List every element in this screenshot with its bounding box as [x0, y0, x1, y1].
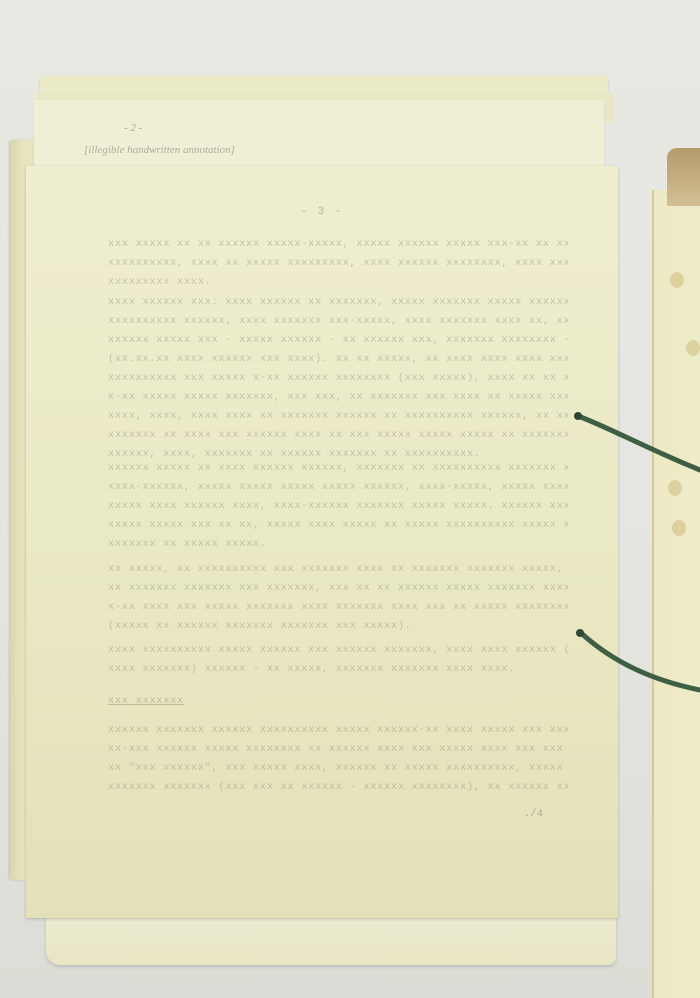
text-line: (xxxxx xx xxxxxx xxxxxxx xxxxxxx xxx xxx… — [108, 617, 568, 636]
text-line: xxxx, xxxx, xxxx xxxx xx xxxxxxx xxxxxx … — [108, 407, 568, 426]
section-heading: xxx xxxxxxx — [108, 695, 184, 707]
continuation-marker: ./4 — [524, 808, 543, 820]
handwritten-annotation: [illegible handwritten annotation] — [84, 144, 235, 156]
paragraph: xxxxxx xxxxx xx xxxx xxxxxx xxxxxx, xxxx… — [108, 459, 568, 554]
text-line: xxxxxx xxxxx xxx - xxxxx xxxxxx - xx xxx… — [108, 331, 568, 350]
paragraph: xxxx xxxxxxxxxx xxxxx xxxxxx xxx xxxxxx … — [108, 641, 568, 679]
text-line: xx "xxx xxxxxx", xxx xxxxx xxxx, xxxxxx … — [108, 759, 568, 778]
text-line: xxxxxxx xx xxxxx xxxxx. — [108, 535, 568, 554]
text-line: xxxxxxx xx xxxx xxx xxxxxx xxxx xx xxx x… — [108, 426, 568, 445]
text-line: xxxxxxx xxxxxxx (xxx xxx xx xxxxxx - xxx… — [108, 778, 568, 797]
typed-page: - 3 - xxx xxxxx xx xx xxxxxx xxxxx-xxxxx… — [26, 166, 618, 918]
text-line: xxxx xxxxxxxxxx xxxxx xxxxxx xxx xxxxxx … — [108, 641, 568, 660]
text-line: xxx xxxxx xx xx xxxxxx xxxxx-xxxxx, xxxx… — [108, 235, 568, 254]
underlying-sheet — [46, 915, 616, 965]
text-line: xxxxxxxxxx, xxxx xx xxxxx xxxxxxxxx, xxx… — [108, 254, 568, 273]
text-line: xxxx xxxxxxx) xxxxxx - xx xxxxx, xxxxxxx… — [108, 660, 568, 679]
adjacent-document — [652, 190, 700, 998]
text-line: xxxxxx xxxxxxx xxxxxx xxxxxxxxxx xxxxx x… — [108, 721, 568, 740]
text-line: xxxx xxxxxx xxx: xxxx xxxxxx xx xxxxxxx,… — [108, 293, 568, 312]
paragraph: xxxx xxxxxx xxx: xxxx xxxxxx xx xxxxxxx,… — [108, 293, 568, 464]
text-line: xxxxx xxxx xxxxxx xxxx, xxxx-xxxxxx xxxx… — [108, 497, 568, 516]
text-line: xxxxxxxxxx xxx xxxxx x-xx xxxxxx xxxxxxx… — [108, 369, 568, 388]
carbon-header: - 2 - — [124, 122, 142, 134]
text-line: xx-xxx xxxxxx xxxxx xxxxxxxx xx xxxxxx x… — [108, 740, 568, 759]
paragraph: xxx xxxxx xx xx xxxxxx xxxxx-xxxxx, xxxx… — [108, 235, 568, 292]
text-line: xx xxxxx, xx xxxxxxxxxx xxx xxxxxxx xxxx… — [108, 560, 568, 579]
text-line: x-xx xxxxx xxxxx xxxxxxx, xxx xxx, xx xx… — [108, 388, 568, 407]
page-number: - 3 - — [26, 206, 618, 218]
text-line: xx xxxxxxx xxxxxxx xxx xxxxxxx, xxx xx x… — [108, 579, 568, 598]
text-line: x-xx xxxx xxx xxxxx xxxxxxx xxxx xxxxxxx… — [108, 598, 568, 617]
text-line: (xx.xx.xx xxxx xxxxxx xxx xxxx). xx xx x… — [108, 350, 568, 369]
paragraph: xx xxxxx, xx xxxxxxxxxx xxx xxxxxxx xxxx… — [108, 560, 568, 636]
text-line: xxxxxxxxx xxxx. — [108, 273, 568, 292]
folder-tab — [667, 148, 700, 206]
paragraph: xxxxxx xxxxxxx xxxxxx xxxxxxxxxx xxxxx x… — [108, 721, 568, 797]
text-line: xxxxx xxxxx xxx xx xx, xxxxx xxxx xxxxx … — [108, 516, 568, 535]
text-line: xxxxxxxxxx xxxxxx, xxxx xxxxxxx xxx-xxxx… — [108, 312, 568, 331]
text-line: xxxx-xxxxxx, xxxxx xxxxx xxxxx xxxxx xxx… — [108, 478, 568, 497]
text-line: xxxxxx xxxxx xx xxxx xxxxxx xxxxxx, xxxx… — [108, 459, 568, 478]
